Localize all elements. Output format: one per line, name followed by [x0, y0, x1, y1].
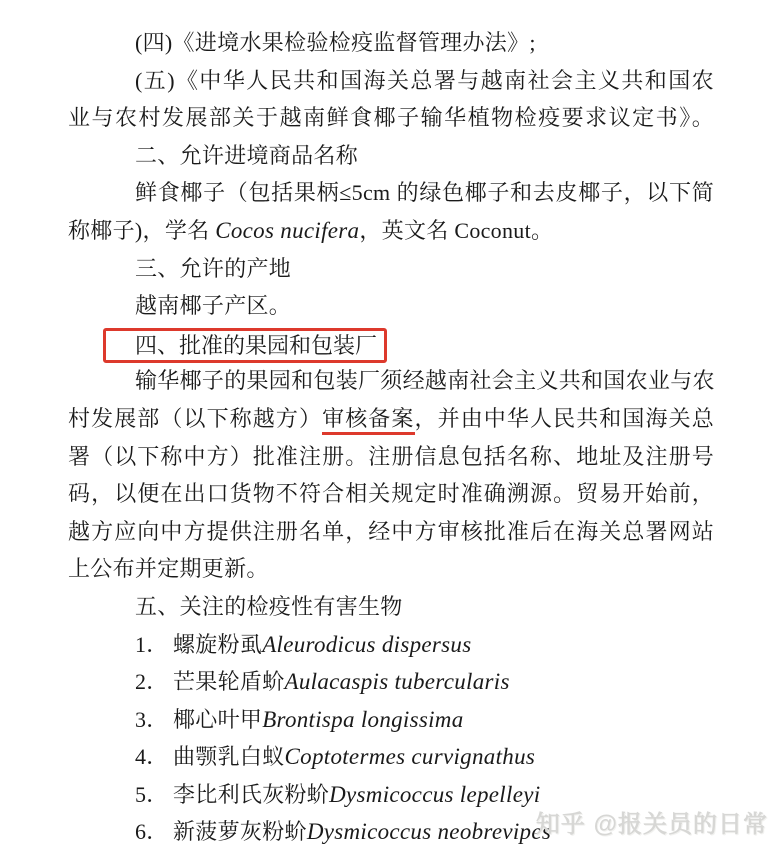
pest-list-item-4: 4．曲颚乳白蚁Coptotermes curvignathus — [68, 738, 714, 776]
pest-number: 4． — [135, 738, 173, 776]
doc-text: 村发展部（以下称越方） — [68, 406, 322, 431]
pest-name-latin: Dysmicoccus neobrevipes — [307, 819, 551, 844]
pest-name-latin: Brontispa longissima — [262, 707, 463, 732]
pest-name-cn: 新菠萝灰粉蚧 — [173, 819, 307, 844]
doc-line-reference-4: (四)《进境水果检验检疫监督管理办法》; — [68, 24, 714, 62]
pest-number: 1． — [135, 626, 173, 664]
pest-name-cn: 芒果轮盾蚧 — [173, 669, 285, 694]
pest-number: 2． — [135, 663, 173, 701]
scientific-name: Cocos nucifera — [215, 218, 359, 243]
doc-line-orchard-2: 村发展部（以下称越方）审核备案，并由中华人民共和国海关总 — [68, 400, 714, 438]
doc-line-orchard-1: 输华椰子的果园和包装厂须经越南社会主义共和国农业与农 — [68, 362, 714, 400]
doc-text: ，并由中华人民共和国海关总 — [415, 406, 715, 431]
pest-name-latin: Aulacaspis tubercularis — [285, 669, 510, 694]
pest-name-cn: 曲颚乳白蚁 — [173, 744, 285, 769]
doc-line-orchard-6: 上公布并定期更新。 — [68, 550, 714, 588]
pest-name-latin: Aleurodicus dispersus — [262, 632, 471, 657]
pest-number: 5． — [135, 776, 173, 814]
pest-name-latin: Coptotermes curvignathus — [285, 744, 536, 769]
pest-list-item-2: 2．芒果轮盾蚧Aulacaspis tubercularis — [68, 663, 714, 701]
pest-name-cn: 螺旋粉虱 — [173, 632, 262, 657]
doc-line-reference-5-cont: 业与农村发展部关于越南鲜食椰子输华植物检疫要求议定书》。 — [68, 99, 714, 137]
doc-line-orchard-5: 越方应向中方提供注册名单，经中方审核批准后在海关总署网站 — [68, 513, 714, 551]
pest-number: 3． — [135, 701, 173, 739]
section-heading-3: 三、允许的产地 — [68, 250, 714, 288]
pest-list-item-1: 1．螺旋粉虱Aleurodicus dispersus — [68, 626, 714, 664]
section-heading-2: 二、允许进境商品名称 — [68, 137, 714, 175]
highlight-box-annotation: 四、批准的果园和包装厂 — [103, 328, 387, 363]
pest-name-cn: 李比利氏灰粉蚧 — [173, 782, 329, 807]
doc-line-commodity: 鲜食椰子（包括果柄≤5cm 的绿色椰子和去皮椰子，以下简 — [68, 174, 714, 212]
doc-text: 称椰子)，学名 — [68, 218, 215, 243]
doc-line-orchard-4: 码，以便在出口货物不符合相关规定时准确溯源。贸易开始前， — [68, 475, 714, 513]
document-page: (四)《进境水果检验检疫监督管理办法》; (五)《中华人民共和国海关总署与越南社… — [68, 24, 714, 851]
doc-line-orchard-3: 署（以下称中方）批准注册。注册信息包括名称、地址及注册号 — [68, 438, 714, 476]
pest-number: 6． — [135, 813, 173, 851]
doc-line-commodity-cont: 称椰子)，学名 Cocos nucifera，英文名 Coconut。 — [68, 212, 714, 250]
pest-list-item-3: 3．椰心叶甲Brontispa longissima — [68, 701, 714, 739]
doc-line-reference-5: (五)《中华人民共和国海关总署与越南社会主义共和国农 — [68, 62, 714, 100]
section-heading-5: 五、关注的检疫性有害生物 — [68, 588, 714, 626]
pest-name-cn: 椰心叶甲 — [173, 707, 262, 732]
section-heading-4: 四、批准的果园和包装厂 — [68, 325, 714, 363]
doc-text: ，英文名 Coconut。 — [359, 218, 553, 243]
zhihu-watermark: 知乎 @报关员的日常 — [536, 804, 768, 839]
pest-name-latin: Dysmicoccus lepelleyi — [329, 782, 540, 807]
doc-line-origin: 越南椰子产区。 — [68, 287, 714, 325]
highlight-underline-annotation: 审核备案 — [322, 406, 414, 435]
